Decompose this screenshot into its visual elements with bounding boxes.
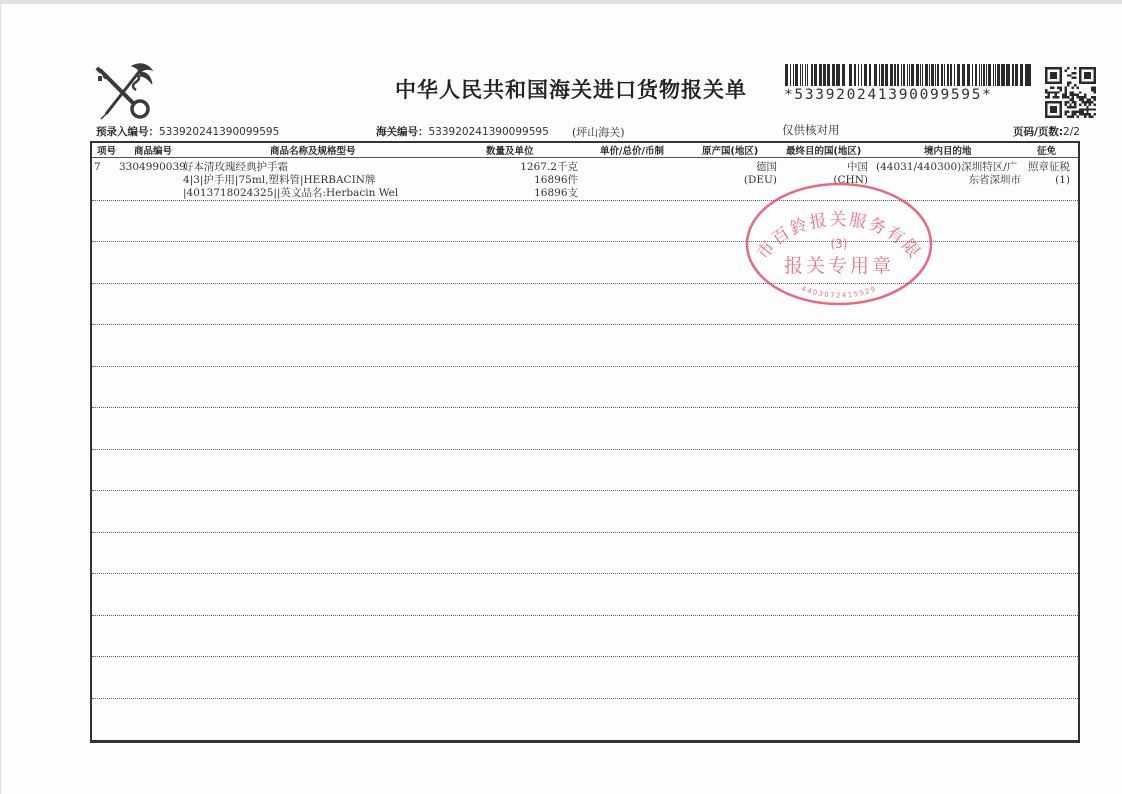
hs-code: 3304990039 — [119, 161, 186, 173]
header-quantity: 数量及单位 — [486, 143, 534, 157]
customs-emblem-icon — [94, 62, 154, 120]
header-hs-code: 商品编号 — [134, 143, 172, 157]
destination-country: 中国 — [790, 161, 868, 173]
barcode-number: *533920241390099595* — [784, 87, 993, 103]
goods-name-line-2: 4|3|护手用|75ml,塑料管|HERBACIN牌 — [183, 174, 375, 186]
pre-entry-value: 533920241390099595 — [159, 126, 279, 138]
header-goods-name: 商品名称及规格型号 — [270, 143, 356, 157]
barcode-icon — [785, 64, 1031, 86]
qr-code-icon — [1045, 67, 1096, 118]
levy-code: (1) — [1020, 174, 1070, 186]
pre-entry-number: 预录入编号：533920241390099595 — [96, 124, 279, 139]
customs-office: (坪山海关) — [572, 124, 625, 140]
page-indicator: 页码/页数:2/2 — [1013, 124, 1080, 139]
quantity-kg: 1267.2千克 — [478, 161, 578, 173]
customs-number-value: 533920241390099595 — [429, 126, 549, 138]
customs-number-label: 海关编号： — [376, 126, 429, 138]
pre-entry-label: 预录入编号： — [96, 126, 159, 138]
domestic-destination-line-1: (44031/440300)深圳特区/广 — [876, 161, 1017, 173]
customs-number: 海关编号：533920241390099595 — [376, 124, 549, 139]
quantity-pieces: 16896件 — [478, 174, 578, 186]
header-origin: 原产国(地区) — [702, 143, 758, 157]
header-price: 单价/总价/币制 — [600, 143, 664, 157]
row-divider — [92, 698, 1078, 699]
row-divider — [92, 656, 1078, 657]
row-divider — [92, 449, 1078, 450]
document-title: 中华人民共和国海关进口货物报关单 — [395, 74, 747, 104]
header-levy: 征免 — [1037, 143, 1056, 157]
header-destination-country: 最终目的国(地区) — [786, 143, 861, 157]
header-item-no: 项号 — [97, 143, 116, 157]
page-edge — [0, 4, 1, 794]
row-divider — [92, 573, 1078, 574]
stamp-purpose: 报关专用章 — [784, 255, 894, 277]
quantity-tubes: 16896支 — [478, 187, 578, 199]
row-divider — [92, 407, 1078, 408]
origin-country: 德国 — [700, 161, 777, 173]
svg-text:4403072415529: 4403072415529 — [800, 285, 878, 300]
header-domestic-destination: 境内目的地 — [924, 143, 972, 157]
goods-name-line-1: 好本清玫瑰经典护手霜 — [183, 161, 288, 173]
customs-broker-seal: 深圳市百鈴报关服务有限公司 (3) 报关专用章 4403072415529 — [744, 180, 934, 308]
row-divider — [92, 324, 1078, 325]
stamp-serial: 4403072415529 — [800, 285, 878, 300]
window-top-bar — [0, 0, 1122, 4]
row-divider — [92, 615, 1078, 616]
goods-name-line-3: |4013718024325||英文品名:Herbacin Wel — [183, 187, 398, 199]
row-divider — [92, 490, 1078, 491]
verification-note: 仅供核对用 — [782, 122, 840, 138]
row-divider — [92, 366, 1078, 367]
item-number: 7 — [94, 161, 101, 173]
header-divider — [92, 157, 1078, 158]
stamp-number: (3) — [831, 237, 848, 251]
levy-method: 照章征税 — [1020, 161, 1070, 173]
row-divider — [92, 532, 1078, 533]
page-label: 页码/页数: — [1013, 126, 1063, 138]
page-value: 2/2 — [1063, 126, 1080, 138]
